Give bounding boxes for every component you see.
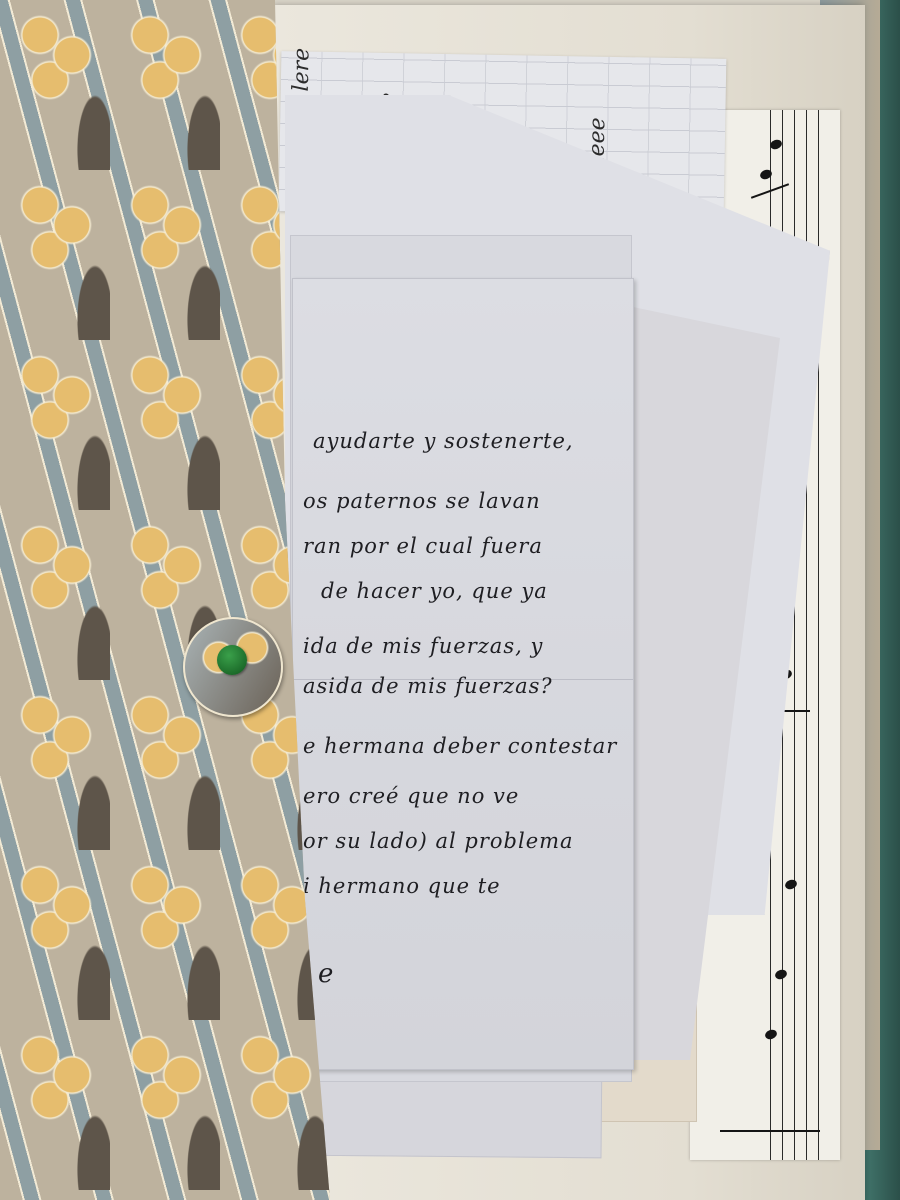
letter-line: ran por el cual fuera	[303, 534, 543, 558]
letter-line: asida de mis fuerzas?	[303, 674, 553, 698]
grid-note-fragment: lere	[289, 48, 315, 92]
letter-signature: e	[318, 959, 334, 989]
letter-line: i hermano que te	[303, 874, 501, 898]
letter-line: os paternos se lavan	[303, 489, 541, 513]
letter-line: ida de mis fuerzas, y	[303, 634, 543, 658]
letter-line: or su lado) al problema	[303, 829, 574, 853]
handwritten-letter: ayudarte y sostenerte, os paternos se la…	[292, 278, 634, 1070]
letter-line: de hacer yo, que ya	[321, 579, 548, 603]
letter-line: ero creé que no ve	[303, 784, 519, 808]
letter-line: e hermana deber contestar	[303, 734, 617, 758]
green-button-stud-icon[interactable]	[217, 645, 247, 675]
letter-line: ayudarte y sostenerte,	[313, 429, 574, 453]
